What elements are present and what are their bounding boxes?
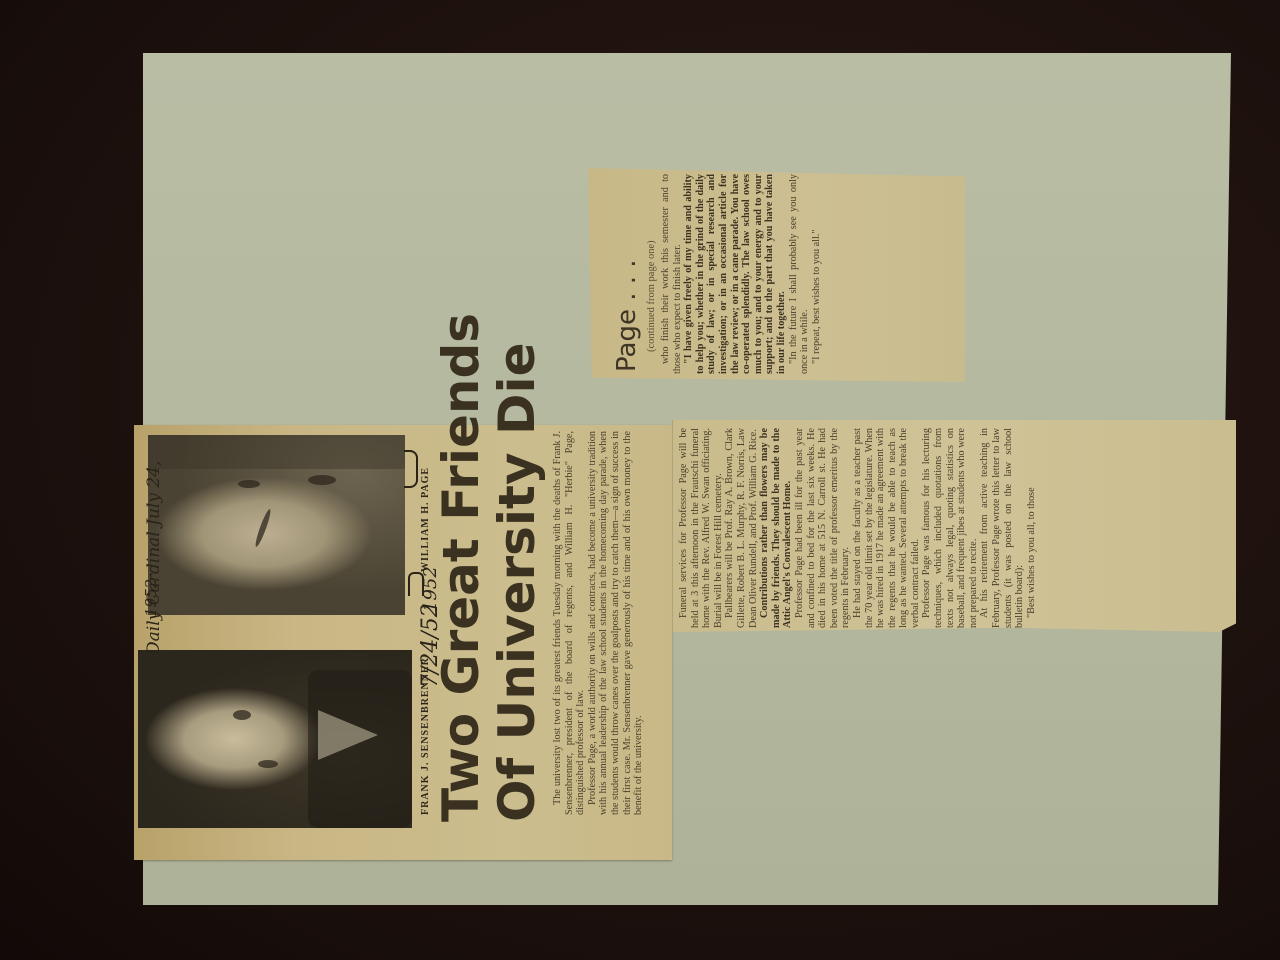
page-continuation-heading: Page . . . <box>612 259 642 372</box>
paragraph: "Best wishes to you all, to those <box>1026 428 1038 628</box>
paragraph: He had stayed on the faculty as a teache… <box>852 428 922 628</box>
handwritten-date: 7/24/52 <box>418 603 443 688</box>
photo-frank-j-sensenbrenner <box>138 650 412 828</box>
paragraph: "In the future I shall probably see you … <box>788 174 811 374</box>
paragraph: Funeral services for Professor Page will… <box>678 428 724 628</box>
page-continuation-subheading: (continued from page one) <box>646 240 657 352</box>
photo-william-h-page <box>148 435 405 615</box>
caption-page: WILLIAM H. PAGE <box>420 467 431 572</box>
continuation-strip-body: Funeral services for Professor Page will… <box>678 428 1037 628</box>
paragraph: At his retirement from active teaching i… <box>979 428 1025 628</box>
handwritten-bracket-top <box>404 450 418 488</box>
paragraph: The university lost two of its greatest … <box>552 431 587 815</box>
paragraph: Professor Page, a world authority on wil… <box>587 431 645 815</box>
paragraph: Professor Page had been ill for the past… <box>794 428 852 628</box>
paragraph: who finish their work this semester and … <box>660 174 683 374</box>
headline-line-1: Two Great Friends <box>436 313 486 822</box>
handwritten-source: Daily Cardinal July 24, <box>144 461 164 655</box>
page-continuation-body: who finish their work this semester and … <box>660 174 822 374</box>
handwritten-bracket-bottom <box>408 572 424 596</box>
paragraph: Contributions rather than flowers may be… <box>759 428 794 628</box>
column-divider <box>672 420 673 632</box>
paragraph: Pallbearers will be Prof. Ray A. Brown, … <box>724 428 759 628</box>
paragraph: Professor Page was famous for his lectur… <box>921 428 979 628</box>
paragraph: "I repeat, best wishes to you all." <box>811 174 823 374</box>
main-article-body: The university lost two of its greatest … <box>552 431 645 815</box>
handwritten-source-year: 1952 <box>142 579 160 617</box>
paragraph: "I have given freely of my time and abil… <box>683 174 787 374</box>
headline-line-2: Of University Die <box>492 342 542 822</box>
